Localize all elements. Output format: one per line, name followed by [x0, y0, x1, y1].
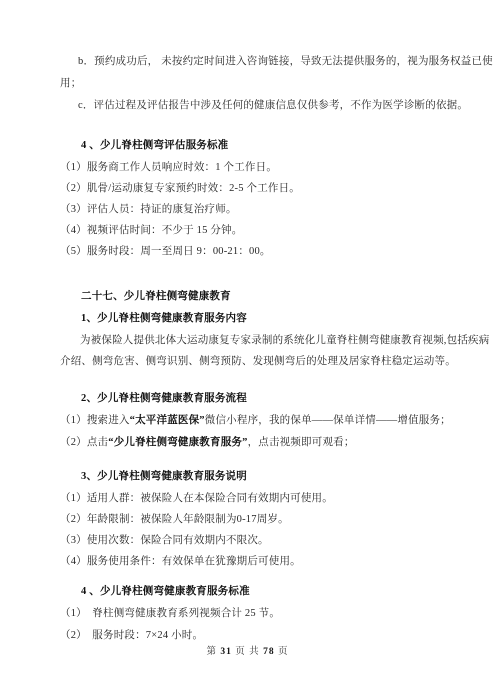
text-line: （4）视频评估时间：不少于 15 分钟。 [60, 220, 439, 241]
text-segment: 介绍、侧弯危害、侧弯识别、侧弯预防、发现侧弯后的处理及居家脊柱稳定运动等。 [60, 356, 456, 367]
text-line: b．预约成功后， 未按约定时间进入咨询链接，导致无法提供服务的，视为服务权益已使 [60, 51, 439, 72]
text-line: 用； [60, 73, 439, 94]
text-line: 介绍、侧弯危害、侧弯识别、侧弯预防、发现侧弯后的处理及居家脊柱稳定运动等。 [60, 351, 439, 372]
text-segment: 页 [275, 647, 289, 657]
text-segment: 用； [60, 78, 81, 89]
heading-line: 二十七、少儿脊柱侧弯健康教育 [60, 286, 439, 307]
text-segment: 31 [220, 647, 232, 657]
heading-line: 4 、少儿脊柱侧弯评估服务标准 [60, 135, 439, 156]
text-segment: （2）肌骨/运动康复专家预约时效：2-5 个工作日。 [60, 183, 300, 194]
text-segment: 4 、少儿脊柱侧弯评估服务标准 [81, 140, 228, 151]
text-segment: 页 共 [232, 647, 263, 657]
text-segment: 二十七、少儿脊柱侧弯健康教育 [81, 291, 231, 302]
text-line: （5）服务时段：周一至周日 9：00-21：00。 [60, 241, 439, 262]
text-segment: （5）服务时段：周一至周日 9：00-21：00。 [60, 246, 271, 257]
text-segment: 为被保险人提供北体大运动康复专家录制的系统化儿童脊柱侧弯健康教育视频,包括疾病 [80, 335, 489, 346]
text-segment: 第 [207, 647, 221, 657]
text-segment: （1） 脊柱侧弯健康教育系列视频合计 25 节。 [60, 608, 280, 619]
text-segment: b．预约成功后， 未按约定时间进入咨询链接，导致无法提供服务的，视为服务权益已使 [78, 56, 493, 67]
text-line: （2）年龄限制：被保险人年龄限制为0-17周岁。 [60, 509, 439, 530]
text-segment: （3）使用次数：保险合同有效期内不限次。 [60, 535, 269, 546]
text-line: （1）服务商工作人员响应时效：1 个工作日。 [60, 157, 439, 178]
text-segment: （4）服务使用条件：有效保单在犹豫期后可使用。 [60, 556, 301, 567]
text-line: （2）肌骨/运动康复专家预约时效：2-5 个工作日。 [60, 178, 439, 199]
document-page: b．预约成功后， 未按约定时间进入咨询链接，导致无法提供服务的，视为服务权益已使… [0, 0, 495, 700]
text-line: 为被保险人提供北体大运动康复专家录制的系统化儿童脊柱侧弯健康教育视频,包括疾病 [60, 330, 439, 351]
text-line: （1）搜索进入“太平洋蓝医保”微信小程序，我的保单——保单详情——增值服务； [60, 410, 439, 431]
text-segment: （2）年龄限制：被保险人年龄限制为0-17周岁。 [60, 514, 289, 525]
text-segment: （2） 服务时段：7×24 小时。 [60, 630, 203, 641]
heading-line: 2、少儿脊柱侧弯健康教育服务流程 [60, 388, 439, 409]
text-segment: （1）服务商工作人员响应时效：1 个工作日。 [60, 162, 277, 173]
text-line: （1）适用人群：被保险人在本保险合同有效期内可使用。 [60, 488, 439, 509]
text-segment: 1、少儿脊柱侧弯健康教育服务内容 [81, 313, 247, 324]
page-footer: 第 31 页 共 78 页 [0, 643, 495, 661]
text-segment: （1）搜索进入 [60, 415, 130, 426]
text-line: （2）点击“少儿脊柱侧弯健康教育服务”，点击视频即可观看； [60, 432, 439, 453]
heading-line: 4 、少儿脊柱侧弯健康教育服务标准 [60, 581, 439, 602]
text-line: （3）使用次数：保险合同有效期内不限次。 [60, 530, 439, 551]
document-content: b．预约成功后， 未按约定时间进入咨询链接，导致无法提供服务的，视为服务权益已使… [60, 51, 439, 646]
text-segment: （3）评估人员：持证的康复治疗师。 [60, 204, 237, 215]
text-segment: （2）点击 [60, 437, 108, 448]
text-segment: （4）视频评估时间：不少于 15 分钟。 [60, 225, 243, 236]
text-segment: 3、少儿脊柱侧弯健康教育服务说明 [81, 471, 247, 482]
text-segment: 微信小程序，我的保单——保单详情——增值服务； [205, 415, 451, 426]
text-segment: ，点击视频即可观看； [248, 437, 355, 448]
heading-line: 3、少儿脊柱侧弯健康教育服务说明 [60, 466, 439, 487]
text-segment: “太平洋蓝医保” [130, 415, 205, 426]
heading-line: 1、少儿脊柱侧弯健康教育服务内容 [60, 308, 439, 329]
text-segment: （1）适用人群：被保险人在本保险合同有效期内可使用。 [60, 493, 333, 504]
text-segment: 4 、少儿脊柱侧弯健康教育服务标准 [81, 586, 250, 597]
text-line: c．评估过程及评估报告中涉及任何的健康信息仅供参考，不作为医学诊断的依据。 [60, 95, 439, 116]
text-segment: “少儿脊柱侧弯健康教育服务” [108, 437, 247, 448]
text-line: （4）服务使用条件：有效保单在犹豫期后可使用。 [60, 551, 439, 572]
text-segment: c．评估过程及评估报告中涉及任何的健康信息仅供参考，不作为医学诊断的依据。 [78, 100, 468, 111]
text-line: （3）评估人员：持证的康复治疗师。 [60, 199, 439, 220]
text-segment: 2、少儿脊柱侧弯健康教育服务流程 [81, 393, 247, 404]
text-line: （1） 脊柱侧弯健康教育系列视频合计 25 节。 [60, 603, 439, 624]
text-segment: 78 [263, 647, 275, 657]
